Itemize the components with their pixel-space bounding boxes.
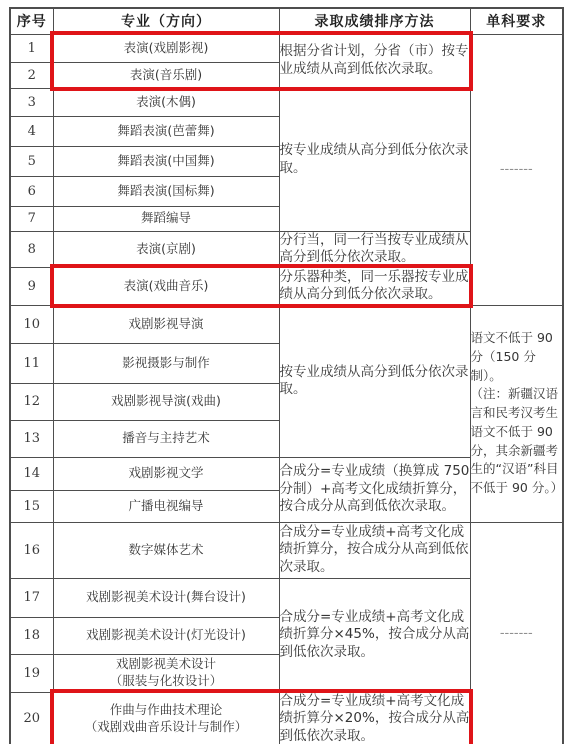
row-number: 16 (10, 522, 53, 578)
major-name: 表演(音乐剧) (53, 62, 279, 88)
major-name: 表演(戏曲音乐) (53, 267, 279, 305)
ranking-method: 合成分=专业成绩+高考文化成绩折算分×45%，按合成分从高到低依次录取。 (279, 578, 470, 692)
table-row: 1 表演(戏剧影视) 根据分省计划，分省（市）按专业成绩从高到低依次录取。 --… (10, 34, 563, 62)
major-name: 表演(戏剧影视) (53, 34, 279, 62)
col-header-method: 录取成绩排序方法 (279, 8, 470, 34)
major-name: 舞蹈表演(芭蕾舞) (53, 116, 279, 146)
major-name: 戏剧影视美术设计 （服装与化妆设计） (53, 654, 279, 692)
major-name: 戏剧影视文学 (53, 457, 279, 490)
col-header-requirement: 单科要求 (470, 8, 563, 34)
col-header-major: 专业（方向） (53, 8, 279, 34)
row-number: 19 (10, 654, 53, 692)
row-number: 5 (10, 146, 53, 176)
major-name: 播音与主持艺术 (53, 420, 279, 457)
major-name: 数字媒体艺术 (53, 522, 279, 578)
major-name: 表演(木偶) (53, 88, 279, 116)
table-row: 10 戏剧影视导演 按专业成绩从高分到低分依次录取。 语文不低于 90 分（15… (10, 305, 563, 343)
major-name: 舞蹈表演(国标舞) (53, 176, 279, 206)
subject-requirement: ------- (470, 522, 563, 744)
ranking-method: 分乐器种类，同一乐器按专业成绩从高分到低分依次录取。 (279, 267, 470, 305)
major-name: 戏剧影视导演 (53, 305, 279, 343)
row-number: 8 (10, 231, 53, 267)
major-name: 戏剧影视导演(戏曲) (53, 383, 279, 420)
subject-requirement: ------- (470, 34, 563, 305)
header-row: 序号 专业（方向） 录取成绩排序方法 单科要求 (10, 8, 563, 34)
row-number: 1 (10, 34, 53, 62)
ranking-method: 合成分=专业成绩+高考文化成绩折算分，按合成分从高到低依次录取。 (279, 522, 470, 578)
subject-requirement: 语文不低于 90 分（150 分制）。 （注：新疆汉语言和民考汉考生语文不低于 … (470, 305, 563, 522)
row-number: 13 (10, 420, 53, 457)
ranking-method: 根据分省计划，分省（市）按专业成绩从高到低依次录取。 (279, 34, 470, 88)
admission-rules-page: 序号 专业（方向） 录取成绩排序方法 单科要求 1 表演(戏剧影视) 根据分省计… (0, 0, 573, 744)
row-number: 15 (10, 490, 53, 522)
major-name: 舞蹈表演(中国舞) (53, 146, 279, 176)
row-number: 7 (10, 206, 53, 231)
row-number: 17 (10, 578, 53, 617)
major-name: 影视摄影与制作 (53, 343, 279, 383)
ranking-method: 按专业成绩从高分到低分依次录取。 (279, 305, 470, 457)
row-number: 3 (10, 88, 53, 116)
major-name: 表演(京剧) (53, 231, 279, 267)
row-number: 14 (10, 457, 53, 490)
major-name: 戏剧影视美术设计(灯光设计) (53, 617, 279, 654)
row-number: 11 (10, 343, 53, 383)
major-name: 作曲与作曲技术理论 （戏剧戏曲音乐设计与制作） (53, 692, 279, 744)
row-number: 18 (10, 617, 53, 654)
row-number: 10 (10, 305, 53, 343)
table-row: 16 数字媒体艺术 合成分=专业成绩+高考文化成绩折算分，按合成分从高到低依次录… (10, 522, 563, 578)
ranking-method: 按专业成绩从高分到低分依次录取。 (279, 88, 470, 231)
row-number: 2 (10, 62, 53, 88)
ranking-method: 合成分=专业成绩+高考文化成绩折算分×20%，按合成分从高到低依次录取。 (279, 692, 470, 744)
major-name: 戏剧影视美术设计(舞台设计) (53, 578, 279, 617)
row-number: 4 (10, 116, 53, 146)
row-number: 20 (10, 692, 53, 744)
major-name: 广播电视编导 (53, 490, 279, 522)
col-header-no: 序号 (10, 8, 53, 34)
ranking-method: 分行当，同一行当按专业成绩从高分到低分依次录取。 (279, 231, 470, 267)
major-name: 舞蹈编导 (53, 206, 279, 231)
ranking-method: 合成分=专业成绩（换算成 750 分制）+高考文化成绩折算分，按合成分从高到低依… (279, 457, 470, 522)
row-number: 6 (10, 176, 53, 206)
row-number: 12 (10, 383, 53, 420)
row-number: 9 (10, 267, 53, 305)
admission-table: 序号 专业（方向） 录取成绩排序方法 单科要求 1 表演(戏剧影视) 根据分省计… (9, 7, 564, 744)
